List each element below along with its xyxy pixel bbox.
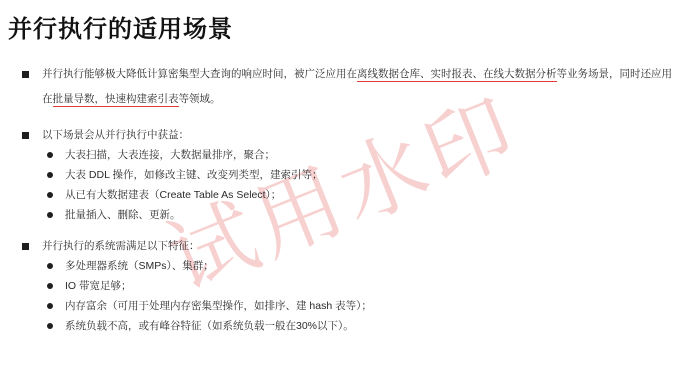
circle-bullet-icon — [47, 263, 53, 269]
square-bullet-icon — [22, 132, 29, 139]
circle-bullet-icon — [47, 323, 53, 329]
page-title: 并行执行的适用场景 — [8, 9, 233, 44]
list-item-text: 大表扫描，大表连接，大数据量排序，聚合； — [65, 145, 275, 165]
list-item: 批量插入、删除、更新。 — [0, 205, 690, 225]
section-heading-row: 并行执行能够极大降低计算密集型大查询的响应时间，被广泛应用在离线数据仓库、实时报… — [0, 62, 690, 112]
circle-bullet-icon — [47, 192, 53, 198]
list-item: 内存富余（可用于处理内存密集型操作，如排序、建 hash 表等）； — [0, 296, 690, 316]
list-item-text: IO 带宽足够； — [65, 276, 132, 296]
red-underlined-text: 离线数据仓库、实时报表、在线大数据分析 — [357, 68, 557, 82]
list-item-text: 内存富余（可用于处理内存密集型操作，如排序、建 hash 表等）； — [65, 296, 372, 316]
list-item-text: 批量插入、删除、更新。 — [65, 205, 181, 225]
text-segment: 并行执行的系统需满足以下特征： — [42, 240, 200, 252]
section-text: 以下场景会从并行执行中获益： — [42, 125, 189, 145]
list-item: 大表 DDL 操作，如修改主键、改变列类型，建索引等； — [0, 165, 690, 185]
list-item-text: 从已有大数据建表（Create Table As Select）； — [65, 185, 281, 205]
section: 并行执行能够极大降低计算密集型大查询的响应时间，被广泛应用在离线数据仓库、实时报… — [0, 62, 690, 112]
circle-bullet-icon — [47, 303, 53, 309]
sections: 并行执行能够极大降低计算密集型大查询的响应时间，被广泛应用在离线数据仓库、实时报… — [0, 62, 690, 336]
circle-bullet-icon — [47, 172, 53, 178]
section: 以下场景会从并行执行中获益：大表扫描，大表连接，大数据量排序，聚合；大表 DDL… — [0, 125, 690, 225]
list-item-text: 多处理器系统（SMPs）、集群； — [65, 256, 214, 276]
list-item: IO 带宽足够； — [0, 276, 690, 296]
list-item: 系统负载不高，或有峰谷特征（如系统负载一般在30%以下）。 — [0, 316, 690, 336]
section: 并行执行的系统需满足以下特征：多处理器系统（SMPs）、集群；IO 带宽足够；内… — [0, 236, 690, 336]
text-segment: 等领域。 — [179, 93, 221, 105]
list-item: 从已有大数据建表（Create Table As Select）； — [0, 185, 690, 205]
section-heading-row: 并行执行的系统需满足以下特征： — [0, 236, 690, 256]
square-bullet-icon — [22, 71, 29, 78]
section-heading-row: 以下场景会从并行执行中获益： — [0, 125, 690, 145]
section-text: 并行执行能够极大降低计算密集型大查询的响应时间，被广泛应用在离线数据仓库、实时报… — [42, 62, 674, 112]
text-segment: 并行执行能够极大降低计算密集型大查询的响应时间，被广泛应用在 — [42, 68, 357, 80]
circle-bullet-icon — [47, 212, 53, 218]
slide-content: 并行执行的适用场景 并行执行能够极大降低计算密集型大查询的响应时间，被广泛应用在… — [0, 0, 690, 365]
text-segment: 以下场景会从并行执行中获益： — [42, 129, 189, 141]
list-item: 大表扫描，大表连接，大数据量排序，聚合； — [0, 145, 690, 165]
list-item-text: 系统负载不高，或有峰谷特征（如系统负载一般在30%以下）。 — [65, 316, 354, 336]
list-item: 多处理器系统（SMPs）、集群； — [0, 256, 690, 276]
circle-bullet-icon — [47, 283, 53, 289]
circle-bullet-icon — [47, 152, 53, 158]
square-bullet-icon — [22, 243, 29, 250]
slide-page: 试用水印 并行执行的适用场景 并行执行能够极大降低计算密集型大查询的响应时间，被… — [0, 0, 690, 365]
section-text: 并行执行的系统需满足以下特征： — [42, 236, 200, 256]
red-underlined-text: 批量导数，快速构建索引表 — [53, 93, 179, 107]
list-item-text: 大表 DDL 操作，如修改主键、改变列类型，建索引等； — [65, 165, 322, 185]
